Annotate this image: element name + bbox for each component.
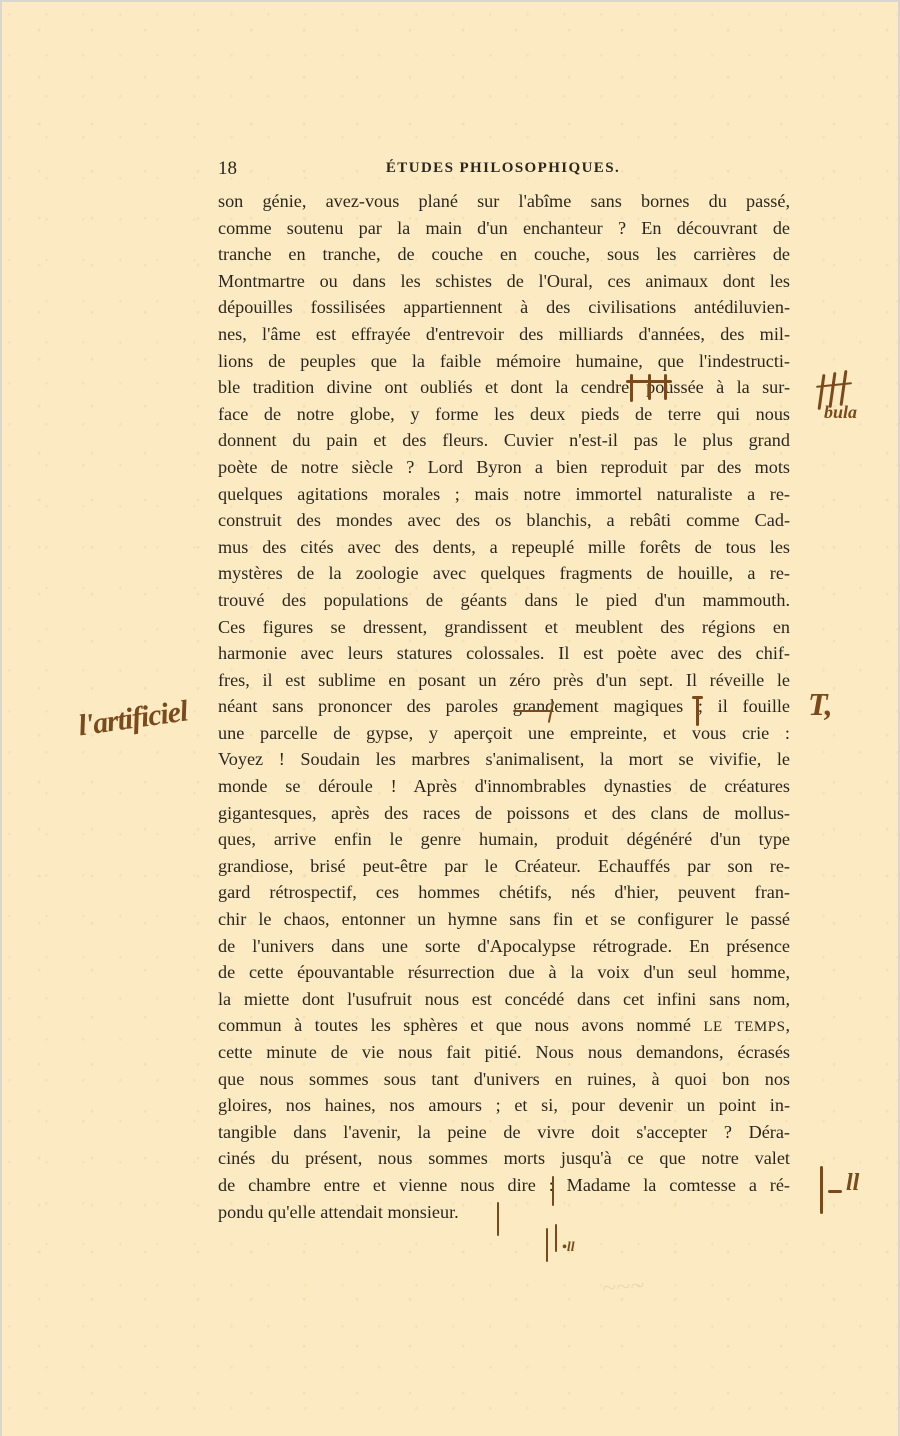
- insertion-mark: [552, 1176, 554, 1206]
- margin-note-artificiel: l'artificiel: [76, 695, 189, 744]
- text-line: la miette dont l'usufruit nous est concé…: [218, 986, 790, 1013]
- text-line: nes, l'âme est effrayée d'entrevoir des …: [218, 321, 790, 348]
- margin-mark-hash: [840, 370, 848, 406]
- text-line: de l'univers dans une sorte d'Apocalypse…: [218, 933, 790, 960]
- text-line: construit des mondes avec des os blanchi…: [218, 507, 790, 534]
- body-text: son génie, avez-vous plané sur l'abîme s…: [218, 188, 790, 1225]
- text-line: gloires, nos haines, nos amours ; et si,…: [218, 1092, 790, 1119]
- margin-note-bula: bula: [824, 402, 857, 423]
- text-line: donnent du pain et des fleurs. Cuvier n'…: [218, 427, 790, 454]
- correction-mark-strike: [648, 374, 651, 400]
- text-line: face de notre globe, y forme les deux pi…: [218, 401, 790, 428]
- margin-note-t: T,: [808, 686, 833, 723]
- text-line: néant sans prononcer des paroles grandem…: [218, 693, 790, 720]
- text-line: dépouilles fossilisées appartiennent à d…: [218, 294, 790, 321]
- text-line: comme soutenu par la main d'un enchanteu…: [218, 215, 790, 242]
- insertion-mark: [692, 696, 703, 699]
- bottom-note: •ll: [562, 1240, 575, 1256]
- text-line: gigantesques, après des races de poisson…: [218, 800, 790, 827]
- text-line: pondu qu'elle attendait monsieur.: [218, 1199, 790, 1226]
- insertion-mark: [546, 1228, 548, 1262]
- text-line: Voyez ! Soudain les marbres s'animalisen…: [218, 746, 790, 773]
- running-title: ÉTUDES PHILOSOPHIQUES.: [218, 160, 788, 177]
- text-line: quelques agitations morales ; mais notre…: [218, 481, 790, 508]
- text-line: mus des cités avec des dents, a repeuplé…: [218, 534, 790, 561]
- margin-mark-dash: [828, 1190, 842, 1193]
- text-line: lions de peuples que la faible mémoire h…: [218, 348, 790, 375]
- text-line: tranche en tranche, de couche en couche,…: [218, 241, 790, 268]
- insertion-mark: [555, 1224, 557, 1252]
- margin-note-ll: ll: [846, 1170, 859, 1197]
- page-header: 18 ÉTUDES PHILOSOPHIQUES.: [218, 158, 788, 184]
- text-line: harmonie avec leurs statures colossales.…: [218, 640, 790, 667]
- text-line: une parcelle de gypse, y aperçoit une em…: [218, 720, 790, 747]
- text-line: tangible dans l'avenir, la peine de vivr…: [218, 1119, 790, 1146]
- text-segment: commun à toutes les sphères et que nous …: [218, 1015, 691, 1035]
- correction-mark-strike: [513, 710, 553, 712]
- text-line: que nous sommes sous tant d'univers en r…: [218, 1066, 790, 1093]
- text-line: mystères de la zoologie avec quelques fr…: [218, 560, 790, 587]
- insertion-mark: [696, 696, 699, 726]
- text-line: ble tradition divine ont oubliés et dont…: [218, 374, 790, 401]
- text-line: cinés du présent, nous sommes morts jusq…: [218, 1145, 790, 1172]
- text-line: fres, il est sublime en posant un zéro p…: [218, 667, 790, 694]
- small-caps-phrase: LE TEMPS: [703, 1019, 785, 1035]
- text-line: chir le chaos, entonner un hymne sans fi…: [218, 906, 790, 933]
- text-line: de cette épouvantable résurrection due à…: [218, 959, 790, 986]
- bleed-through-marks: ~~~: [601, 1271, 645, 1304]
- text-line: Montmartre ou dans les schistes de l'Our…: [218, 268, 790, 295]
- text-line: grandiose, brisé peut-être par le Créate…: [218, 853, 790, 880]
- text-segment: ,: [785, 1015, 790, 1035]
- text-line: cette minute de vie nous fait pitié. Nou…: [218, 1039, 790, 1066]
- text-line: trouvé des populations de géants dans le…: [218, 587, 790, 614]
- text-line: monde se déroule ! Après d'innombrables …: [218, 773, 790, 800]
- correction-mark-strike: [630, 374, 633, 402]
- text-line: poète de notre siècle ? Lord Byron a bie…: [218, 454, 790, 481]
- text-line: commun à toutes les sphères et que nous …: [218, 1012, 790, 1039]
- correction-mark-strike: [664, 374, 667, 400]
- insertion-mark: [497, 1202, 499, 1236]
- text-line: son génie, avez-vous plané sur l'abîme s…: [218, 188, 790, 215]
- text-line: gard rétrospectif, ces hommes chétifs, n…: [218, 879, 790, 906]
- text-line: de chambre entre et vienne nous dire : M…: [218, 1172, 790, 1199]
- document-page: ~~~ 18 ÉTUDES PHILOSOPHIQUES. son génie,…: [2, 2, 898, 1436]
- margin-mark-bar: [820, 1166, 823, 1214]
- text-line: ques, arrive enfin le genre humain, prod…: [218, 826, 790, 853]
- text-line: Ces figures se dressent, grandissent et …: [218, 614, 790, 641]
